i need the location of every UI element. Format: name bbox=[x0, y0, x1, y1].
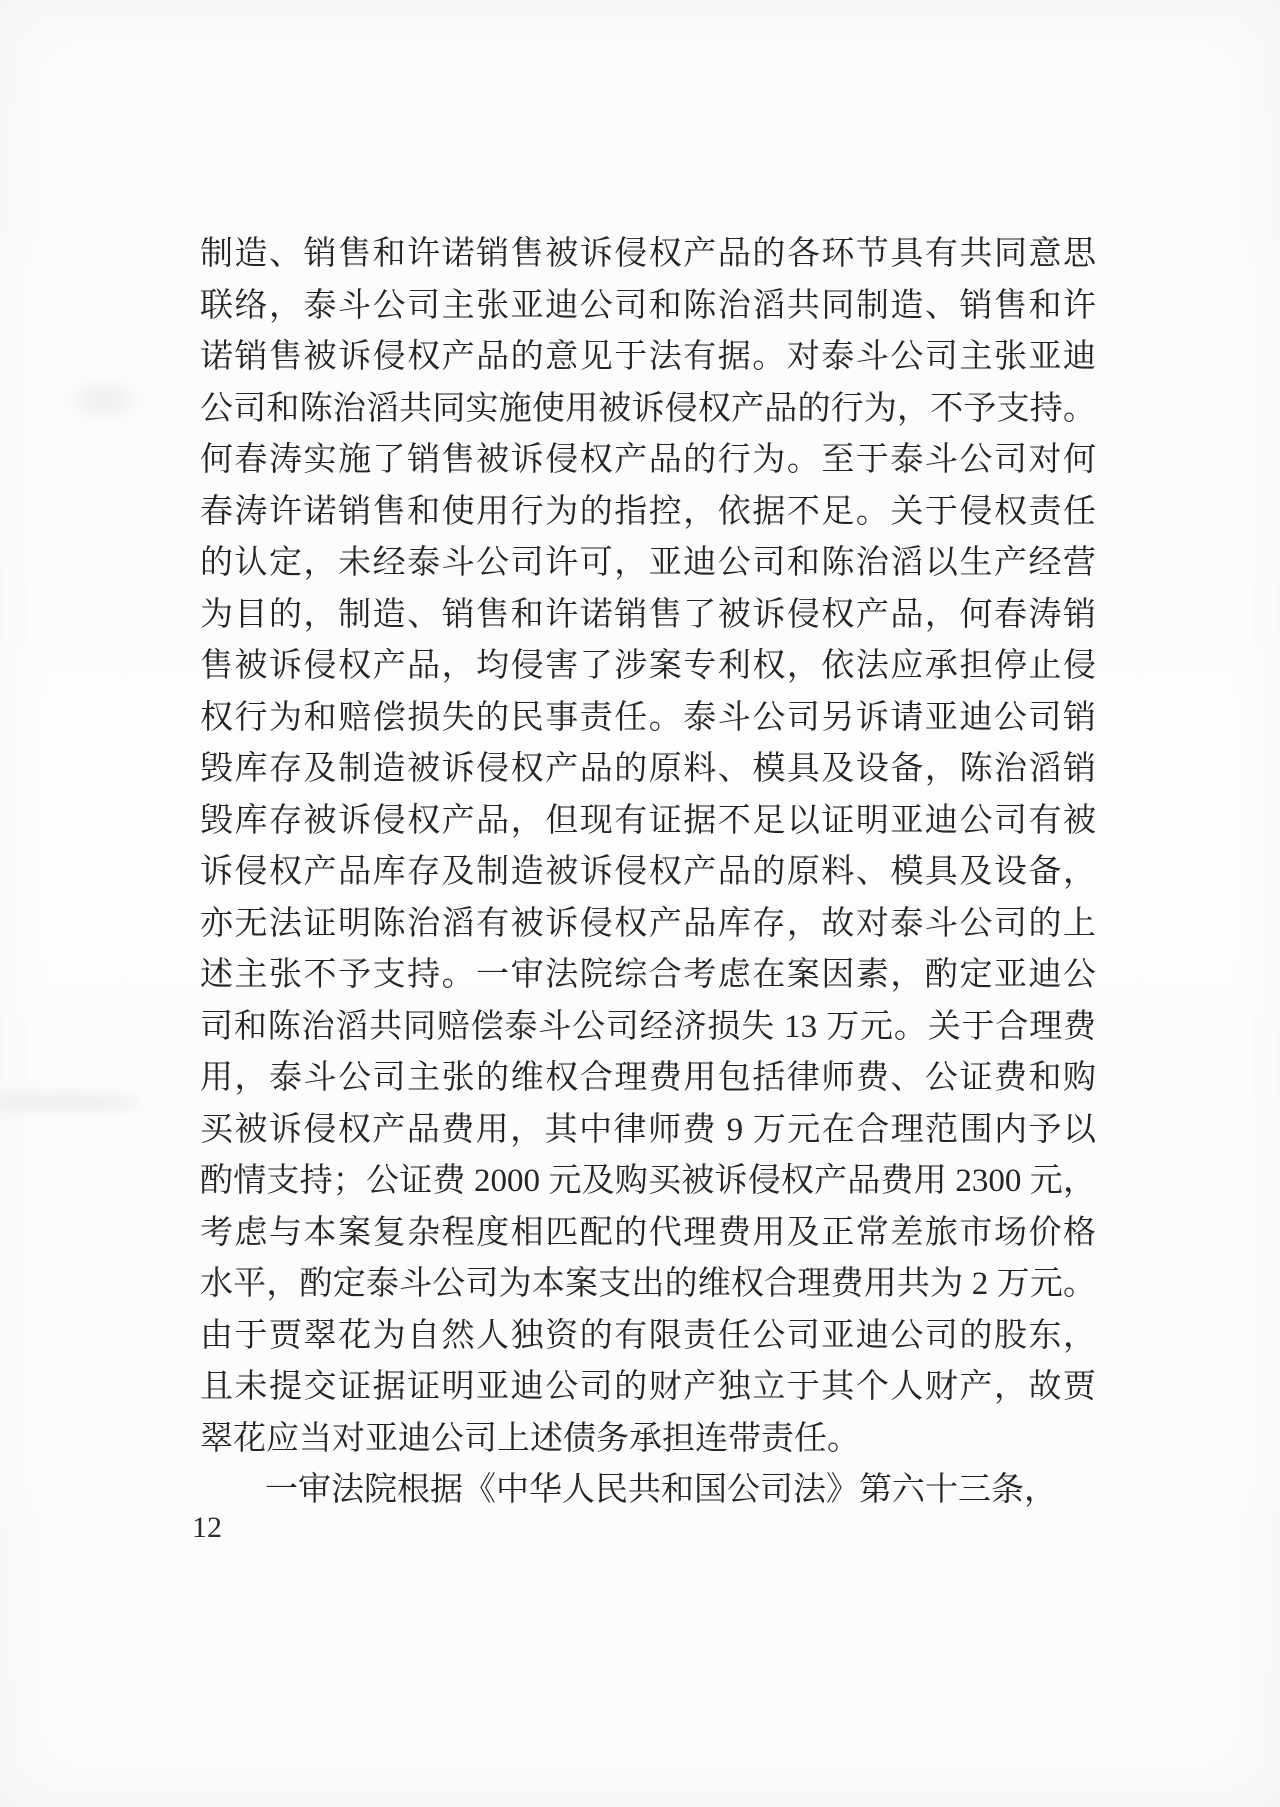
text-line: 公司和陈治滔共同实施使用被诉侵权产品的行为，不予支持。 bbox=[200, 384, 1096, 436]
text-line: 一审法院根据《中华人民共和国公司法》第六十三条， bbox=[200, 1465, 1096, 1517]
page-number: 12 bbox=[192, 1510, 222, 1546]
text-line: 制造、销售和许诺销售被诉侵权产品的各环节具有共同意思 bbox=[200, 229, 1096, 281]
text-line: 水平，酌定泰斗公司为本案支出的维权合理费用共为 2 万元。 bbox=[200, 1259, 1096, 1311]
text-line: 用，泰斗公司主张的维权合理费用包括律师费、公证费和购 bbox=[200, 1053, 1096, 1105]
text-line: 联络，泰斗公司主张亚迪公司和陈治滔共同制造、销售和许 bbox=[200, 281, 1096, 333]
text-line: 诺销售被诉侵权产品的意见于法有据。对泰斗公司主张亚迪 bbox=[200, 332, 1096, 384]
text-line: 毁库存被诉侵权产品，但现有证据不足以证明亚迪公司有被 bbox=[200, 796, 1096, 848]
text-line: 司和陈治滔共同赔偿泰斗公司经济损失 13 万元。关于合理费 bbox=[200, 1002, 1096, 1054]
scan-smudge bbox=[72, 386, 136, 414]
text-line: 售被诉侵权产品，均侵害了涉案专利权，依法应承担停止侵 bbox=[200, 641, 1096, 693]
text-line: 且未提交证据证明亚迪公司的财产独立于其个人财产，故贾 bbox=[200, 1362, 1096, 1414]
text-line: 为目的，制造、销售和许诺销售了被诉侵权产品，何春涛销 bbox=[200, 590, 1096, 642]
scanned-document-page: 制造、销售和许诺销售被诉侵权产品的各环节具有共同意思 联络，泰斗公司主张亚迪公司… bbox=[0, 0, 1280, 1807]
text-line: 的认定，未经泰斗公司许可，亚迪公司和陈治滔以生产经营 bbox=[200, 538, 1096, 590]
text-line: 诉侵权产品库存及制造被诉侵权产品的原料、模具及设备， bbox=[200, 847, 1096, 899]
text-line: 酌情支持；公证费 2000 元及购买被诉侵权产品费用 2300 元， bbox=[200, 1156, 1096, 1208]
body-text: 制造、销售和许诺销售被诉侵权产品的各环节具有共同意思 联络，泰斗公司主张亚迪公司… bbox=[200, 229, 1096, 1517]
text-line: 述主张不予支持。一审法院综合考虑在案因素，酌定亚迪公 bbox=[200, 950, 1096, 1002]
text-line: 考虑与本案复杂程度相匹配的代理费用及正常差旅市场价格 bbox=[200, 1208, 1096, 1260]
text-line: 权行为和赔偿损失的民事责任。泰斗公司另诉请亚迪公司销 bbox=[200, 693, 1096, 745]
text-line: 春涛许诺销售和使用行为的指控，依据不足。关于侵权责任 bbox=[200, 487, 1096, 539]
text-line: 毁库存及制造被诉侵权产品的原料、模具及设备，陈治滔销 bbox=[200, 744, 1096, 796]
text-line: 买被诉侵权产品费用，其中律师费 9 万元在合理范围内予以 bbox=[200, 1105, 1096, 1157]
scan-smudge bbox=[0, 1094, 142, 1110]
text-line: 何春涛实施了销售被诉侵权产品的行为。至于泰斗公司对何 bbox=[200, 435, 1096, 487]
text-line: 翠花应当对亚迪公司上述债务承担连带责任。 bbox=[200, 1414, 1096, 1466]
text-line: 由于贾翠花为自然人独资的有限责任公司亚迪公司的股东， bbox=[200, 1311, 1096, 1363]
text-line: 亦无法证明陈治滔有被诉侵权产品库存，故对泰斗公司的上 bbox=[200, 899, 1096, 951]
